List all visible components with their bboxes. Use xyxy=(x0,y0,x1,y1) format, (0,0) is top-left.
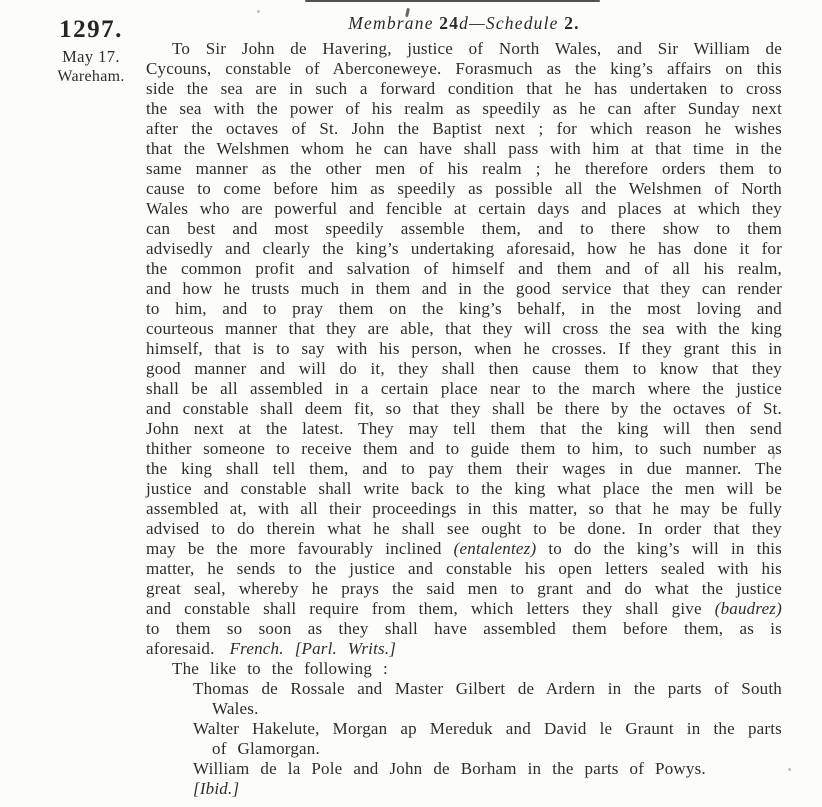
like-item-text: Thomas de Rossale and Master Gilbert de … xyxy=(193,679,782,718)
entry-body: To Sir John de Havering, justice of Nort… xyxy=(146,39,782,799)
entry-year: 1297. xyxy=(30,16,152,44)
heading-schedule-word: d—Schedule xyxy=(459,13,564,33)
scanned-document-page: 1297. May 17. Wareham. Membrane 24d—Sche… xyxy=(0,0,822,807)
heading-membrane-word: Membrane xyxy=(348,13,439,33)
ibid-reference: [Ibid.] xyxy=(212,779,782,799)
language-note: French. xyxy=(230,639,284,658)
margin-notes: 1297. May 17. Wareham. xyxy=(30,16,152,85)
like-item-glamorgan: Walter Hakelute, Morgan ap Mereduk and D… xyxy=(146,719,782,759)
scan-artifact-dot xyxy=(788,768,791,771)
source-citation: [Parl. Writs.] xyxy=(295,639,396,658)
like-intro: The like to the following : xyxy=(172,659,782,679)
like-item-text: William de la Pole and John de Borham in… xyxy=(193,759,706,778)
french-term-entalentez: (entalentez) xyxy=(454,539,537,558)
heading-membrane-number: 24 xyxy=(439,13,459,33)
paragraph-text-1: To Sir John de Havering, justice of Nort… xyxy=(146,39,782,558)
margin-date: May 17. xyxy=(30,48,152,66)
entry-paragraph: To Sir John de Havering, justice of Nort… xyxy=(146,39,782,659)
heading-schedule-number: 2. xyxy=(564,13,580,33)
like-item-text: Walter Hakelute, Morgan ap Mereduk and D… xyxy=(193,719,782,758)
margin-place: Wareham. xyxy=(30,68,152,86)
membrane-heading: Membrane 24d—Schedule 2. xyxy=(146,13,782,34)
french-term-baudrez: (baudrez) xyxy=(715,599,782,618)
scan-artifact-top-streak xyxy=(305,0,600,2)
like-item-powys: William de la Pole and John de Borham in… xyxy=(146,759,782,799)
like-item-south-wales: Thomas de Rossale and Master Gilbert de … xyxy=(146,679,782,719)
